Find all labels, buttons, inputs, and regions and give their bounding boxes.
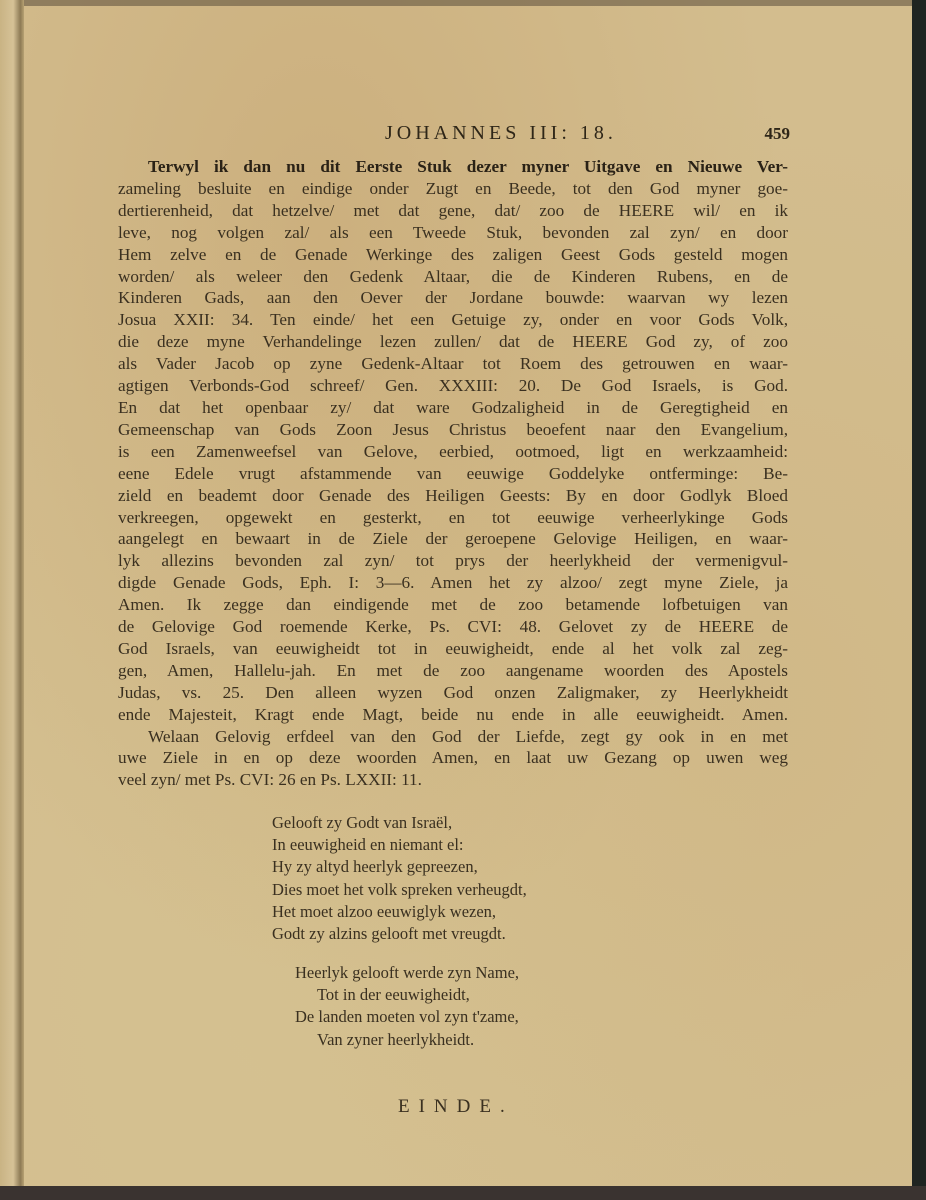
body-text: Terwyl ik dan nu dit Eerste Stuk dezer m…	[118, 156, 788, 791]
page-header: JOHANNES III: 18. 459	[110, 118, 800, 148]
text-line: leve, nog volgen zal/ als een Tweede Stu…	[118, 222, 788, 244]
text-line: Terwyl ik dan nu dit Eerste Stuk dezer m…	[118, 156, 788, 178]
text-line: Hem zelve en de Genade Werkinge des zali…	[118, 244, 788, 266]
poem-line: Hy zy altyd heerlyk gepreezen,	[272, 856, 527, 878]
poem-line: Dies moet het volk spreken verheugdt,	[272, 879, 527, 901]
book-page: JOHANNES III: 18. 459 Terwyl ik dan nu d…	[0, 0, 912, 1186]
text-line: Gemeenschap van Gods Zoon Jesus Christus…	[118, 419, 788, 441]
text-line: En dat het openbaar zy/ dat ware Godzali…	[118, 397, 788, 419]
poem-line: Tot in der eeuwigheidt,	[295, 984, 519, 1006]
text-line: Kinderen Gads, aan den Oever der Jordane…	[118, 287, 788, 309]
book-cover-bottom-edge	[0, 1186, 926, 1200]
text-line: als Vader Jacob op zyne Gedenk-Altaar to…	[118, 353, 788, 375]
poem-line: Godt zy alzins gelooft met vreugdt.	[272, 923, 527, 945]
book-cover-right-edge	[912, 0, 926, 1200]
poem-line: In eeuwigheid en niemant el:	[272, 834, 527, 856]
text-line: zameling besluite en eindige onder Zugt …	[118, 178, 788, 200]
text-line: Amen. Ik zegge dan eindigende met de zoo…	[118, 594, 788, 616]
text-line: zield en beademt door Genade des Heilige…	[118, 485, 788, 507]
poem-line: Het moet alzoo eeuwiglyk wezen,	[272, 901, 527, 923]
poem-line: Van zyner heerlykheidt.	[295, 1029, 519, 1051]
text-line: ende Majesteit, Kragt ende Magt, beide n…	[118, 704, 788, 726]
text-line: Welaan Gelovig erfdeel van den God der L…	[118, 726, 788, 748]
text-line: die deze myne Verhandelinge lezen zullen…	[118, 331, 788, 353]
text-line: uwe Ziele in en op deze woorden Amen, en…	[118, 747, 788, 769]
running-title: JOHANNES III: 18.	[385, 122, 617, 145]
poem-line: Gelooft zy Godt van Israël,	[272, 812, 527, 834]
page-top-edge	[0, 0, 926, 6]
poem-line: Heerlyk gelooft werde zyn Name,	[295, 962, 519, 984]
text-line: de Gelovige God roemende Kerke, Ps. CVI:…	[118, 616, 788, 638]
text-line: veel zyn/ met Ps. CVI: 26 en Ps. LXXII: …	[118, 769, 788, 791]
text-line: God Israels, van eeuwigheidt tot in eeuw…	[118, 638, 788, 660]
text-line: gen, Amen, Hallelu-jah. En met de zoo aa…	[118, 660, 788, 682]
text-line: verkreegen, opgewekt en gesterkt, en tot…	[118, 507, 788, 529]
text-line: Judas, vs. 25. Den alleen wyzen God onze…	[118, 682, 788, 704]
page-number: 459	[765, 124, 791, 144]
finis-label: EINDE.	[398, 1096, 514, 1118]
text-line: eene Edele vrugt afstammende van eeuwige…	[118, 463, 788, 485]
text-line: agtigen Verbonds-God schreef/ Gen. XXXII…	[118, 375, 788, 397]
text-line: dertierenheid, dat hetzelve/ met dat gen…	[118, 200, 788, 222]
book-gutter	[0, 0, 24, 1186]
text-line: aangelegt en bewaart in de Ziele der ger…	[118, 528, 788, 550]
text-line: worden/ als weleer den Gedenk Altaar, di…	[118, 266, 788, 288]
poem-stanza-2: Heerlyk gelooft werde zyn Name, Tot in d…	[295, 962, 519, 1051]
poem-line: De landen moeten vol zyn t'zame,	[295, 1006, 519, 1028]
text-line: Josua XXII: 34. Ten einde/ het een Getui…	[118, 309, 788, 331]
poem-stanza-1: Gelooft zy Godt van Israël, In eeuwighei…	[272, 812, 527, 945]
text-line: lyk allezins bevonden zal zyn/ tot prys …	[118, 550, 788, 572]
text-line: is een Zamenweefsel van Gelove, eerbied,…	[118, 441, 788, 463]
text-line: digde Genade Gods, Eph. I: 3—6. Amen het…	[118, 572, 788, 594]
